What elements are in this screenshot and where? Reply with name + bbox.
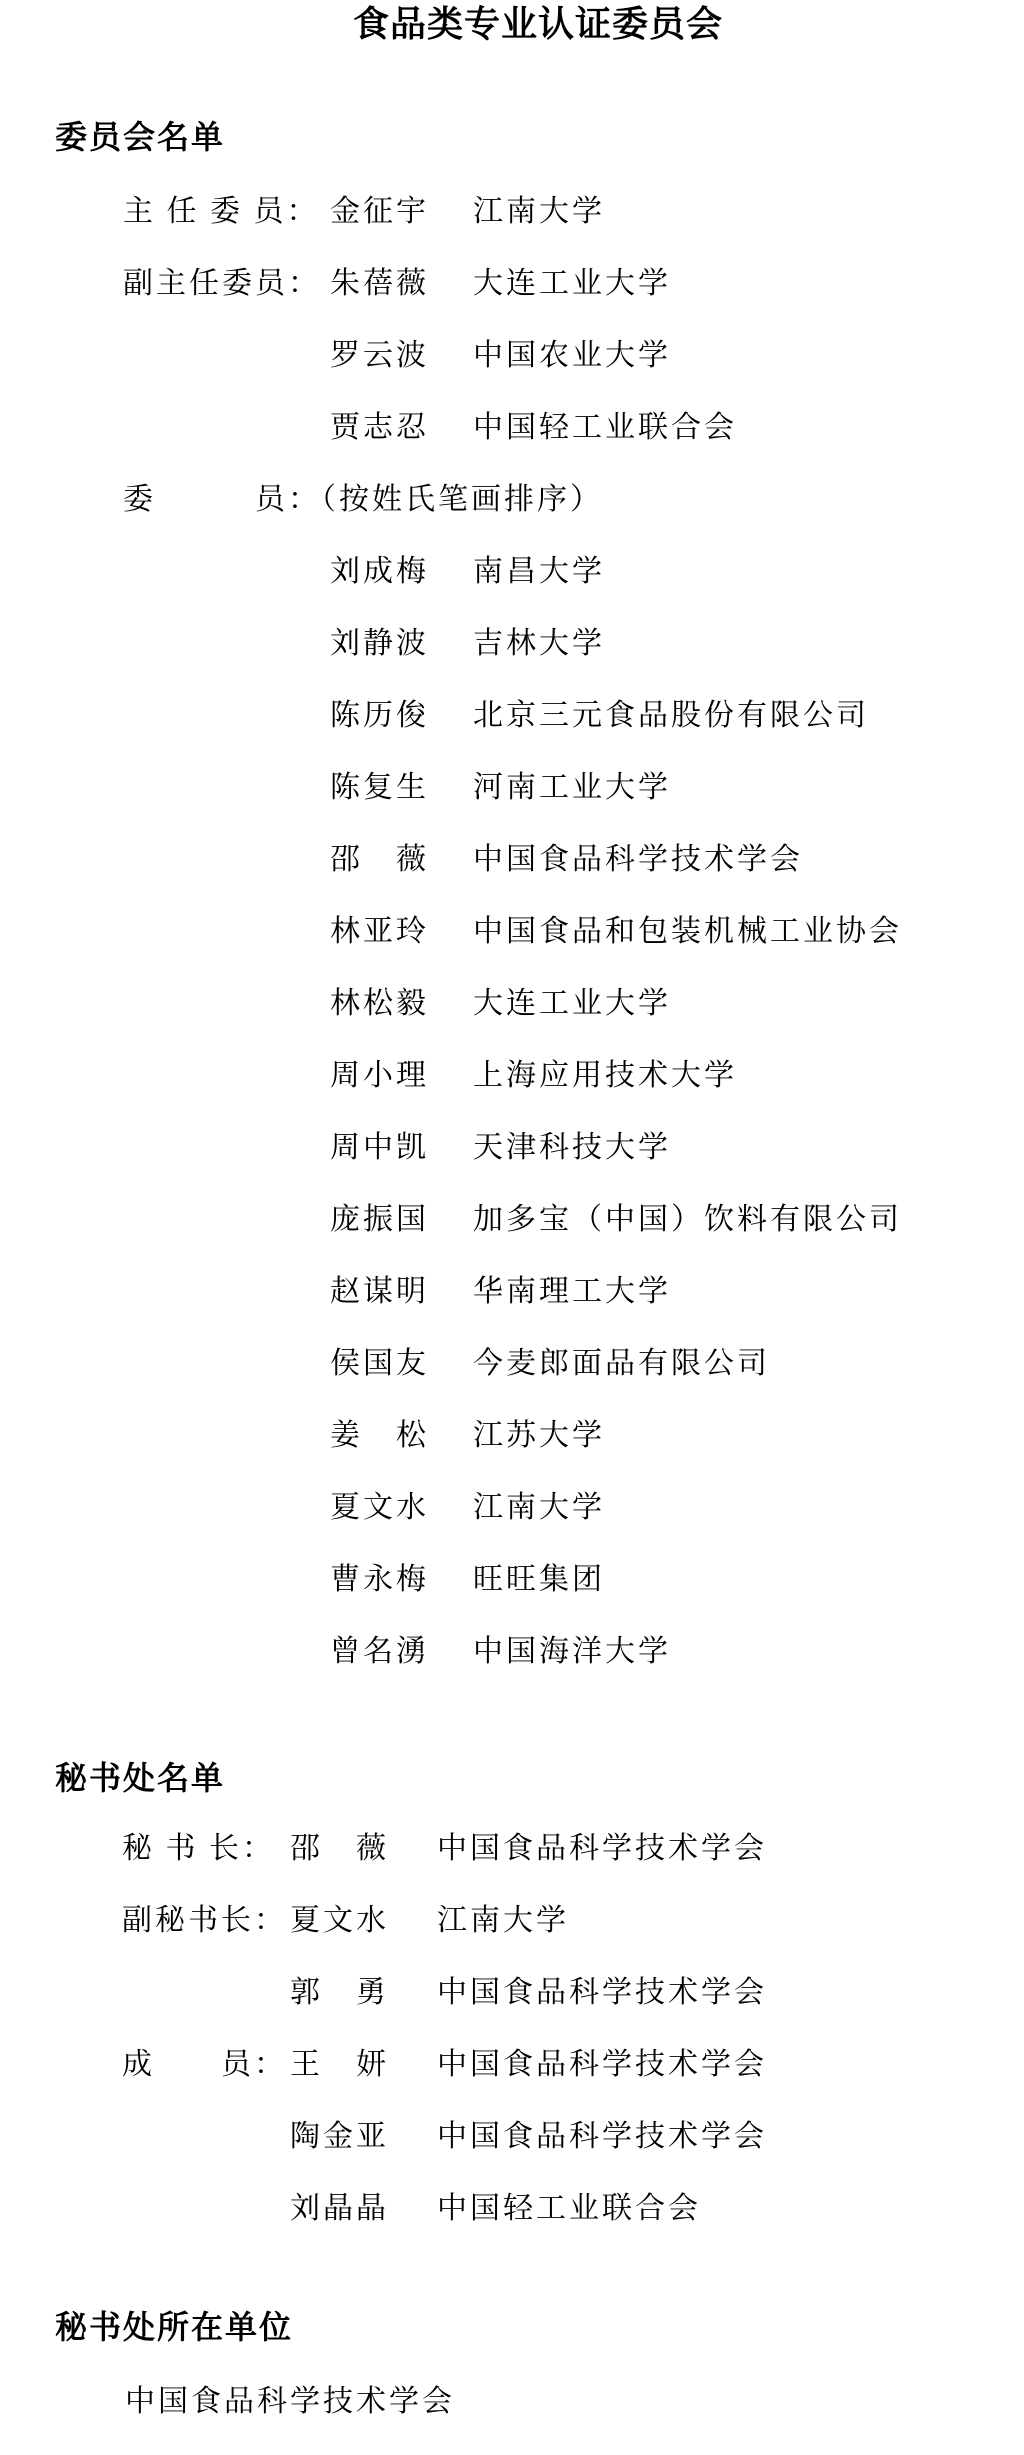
member-org: 吉林大学 — [473, 627, 605, 661]
table-row: 主 任 委 员： 金征宇 江南大学 — [0, 195, 1024, 229]
document-page: 食品类专业认证委员会 委员会名单 主 任 委 员： 金征宇 江南大学 副主任委员… — [0, 0, 1024, 2455]
role-label-with-note: 委 员：（按姓氏笔画排序） — [123, 483, 603, 517]
member-org: 中国食品科学技术学会 — [437, 1832, 767, 1866]
table-row: 庞振国 加多宝（中国）饮料有限公司 — [0, 1203, 1024, 1237]
member-org: 中国轻工业联合会 — [437, 2192, 701, 2226]
table-row: 曾名湧 中国海洋大学 — [0, 1635, 1024, 1669]
role-label: 副秘书长： — [122, 1904, 287, 1938]
table-row: 林松毅 大连工业大学 — [0, 987, 1024, 1021]
role-label: 秘 书 长： — [122, 1832, 275, 1866]
member-org: 中国轻工业联合会 — [473, 411, 737, 445]
member-org: 加多宝（中国）饮料有限公司 — [473, 1203, 902, 1237]
section-heading-secretariat: 秘书处名单 — [55, 1759, 225, 1797]
member-name: 王 妍 — [290, 2048, 389, 2082]
table-row: 罗云波 中国农业大学 — [0, 339, 1024, 373]
member-org: 大连工业大学 — [473, 267, 671, 301]
member-name: 林松毅 — [330, 987, 429, 1021]
section-heading-committee: 委员会名单 — [55, 118, 225, 156]
member-org: 江南大学 — [473, 195, 605, 229]
table-row: 林亚玲 中国食品和包装机械工业协会 — [0, 915, 1024, 949]
member-org: 中国食品和包装机械工业协会 — [473, 915, 902, 949]
table-row: 副秘书长： 夏文水 江南大学 — [0, 1904, 1024, 1938]
member-org: 中国食品科学技术学会 — [473, 843, 803, 877]
member-name: 罗云波 — [330, 339, 429, 373]
member-name: 刘晶晶 — [290, 2192, 389, 2226]
table-row: 陈历俊 北京三元食品股份有限公司 — [0, 699, 1024, 733]
table-row: 贾志忍 中国轻工业联合会 — [0, 411, 1024, 445]
member-name: 贾志忍 — [330, 411, 429, 445]
member-name: 夏文水 — [290, 1904, 389, 1938]
table-row: 陶金亚 中国食品科学技术学会 — [0, 2120, 1024, 2154]
member-name: 金征宇 — [330, 195, 429, 229]
table-row: 曹永梅 旺旺集团 — [0, 1563, 1024, 1597]
member-org: 中国农业大学 — [473, 339, 671, 373]
table-row: 刘静波 吉林大学 — [0, 627, 1024, 661]
table-row: 周中凯 天津科技大学 — [0, 1131, 1024, 1165]
member-org: 河南工业大学 — [473, 771, 671, 805]
section-heading-host-unit: 秘书处所在单位 — [55, 2308, 293, 2346]
member-name: 赵谋明 — [330, 1275, 429, 1309]
member-name: 陈复生 — [330, 771, 429, 805]
table-row: 郭 勇 中国食品科学技术学会 — [0, 1976, 1024, 2010]
member-name: 陶金亚 — [290, 2120, 389, 2154]
role-label: 委 员： — [123, 483, 321, 516]
sort-order-note: （按姓氏笔画排序） — [321, 483, 603, 516]
table-row: 周小理 上海应用技术大学 — [0, 1059, 1024, 1093]
member-name: 姜 松 — [330, 1419, 429, 1453]
member-org: 南昌大学 — [473, 555, 605, 589]
table-row: 成 员： 王 妍 中国食品科学技术学会 — [0, 2048, 1024, 2082]
member-name: 周小理 — [330, 1059, 429, 1093]
page-title: 食品类专业认证委员会 — [353, 2, 723, 46]
member-name: 陈历俊 — [330, 699, 429, 733]
member-org: 中国食品科学技术学会 — [437, 1976, 767, 2010]
member-org: 中国海洋大学 — [473, 1635, 671, 1669]
member-org: 中国食品科学技术学会 — [437, 2048, 767, 2082]
member-name: 林亚玲 — [330, 915, 429, 949]
member-org: 中国食品科学技术学会 — [437, 2120, 767, 2154]
member-name: 邵 薇 — [330, 843, 429, 877]
table-row: 刘成梅 南昌大学 — [0, 555, 1024, 589]
member-org: 江苏大学 — [473, 1419, 605, 1453]
table-row: 邵 薇 中国食品科学技术学会 — [0, 843, 1024, 877]
table-row: 刘晶晶 中国轻工业联合会 — [0, 2192, 1024, 2226]
member-name: 刘静波 — [330, 627, 429, 661]
table-row: 赵谋明 华南理工大学 — [0, 1275, 1024, 1309]
member-org: 天津科技大学 — [473, 1131, 671, 1165]
table-row: 侯国友 今麦郎面品有限公司 — [0, 1347, 1024, 1381]
member-org: 旺旺集团 — [473, 1563, 605, 1597]
member-name: 朱蓓薇 — [330, 267, 429, 301]
member-org: 大连工业大学 — [473, 987, 671, 1021]
role-label: 主 任 委 员： — [123, 195, 320, 229]
member-name: 曹永梅 — [330, 1563, 429, 1597]
member-name: 刘成梅 — [330, 555, 429, 589]
member-name: 庞振国 — [330, 1203, 429, 1237]
table-row: 姜 松 江苏大学 — [0, 1419, 1024, 1453]
member-org: 江南大学 — [437, 1904, 569, 1938]
role-label: 成 员： — [122, 2048, 287, 2082]
member-org: 今麦郎面品有限公司 — [473, 1347, 770, 1381]
table-row: 委 员：（按姓氏笔画排序） — [0, 483, 1024, 517]
member-org: 华南理工大学 — [473, 1275, 671, 1309]
member-name: 邵 薇 — [290, 1832, 389, 1866]
member-org: 上海应用技术大学 — [473, 1059, 737, 1093]
table-row: 中国食品科学技术学会 — [0, 2385, 1024, 2419]
table-row: 陈复生 河南工业大学 — [0, 771, 1024, 805]
member-name: 侯国友 — [330, 1347, 429, 1381]
table-row: 秘 书 长： 邵 薇 中国食品科学技术学会 — [0, 1832, 1024, 1866]
table-row: 夏文水 江南大学 — [0, 1491, 1024, 1525]
host-org: 中国食品科学技术学会 — [125, 2385, 455, 2419]
member-name: 郭 勇 — [290, 1976, 389, 2010]
table-row: 副主任委员： 朱蓓薇 大连工业大学 — [0, 267, 1024, 301]
member-org: 江南大学 — [473, 1491, 605, 1525]
member-name: 周中凯 — [330, 1131, 429, 1165]
member-org: 北京三元食品股份有限公司 — [473, 699, 869, 733]
member-name: 曾名湧 — [330, 1635, 429, 1669]
member-name: 夏文水 — [330, 1491, 429, 1525]
role-label: 副主任委员： — [123, 267, 321, 301]
